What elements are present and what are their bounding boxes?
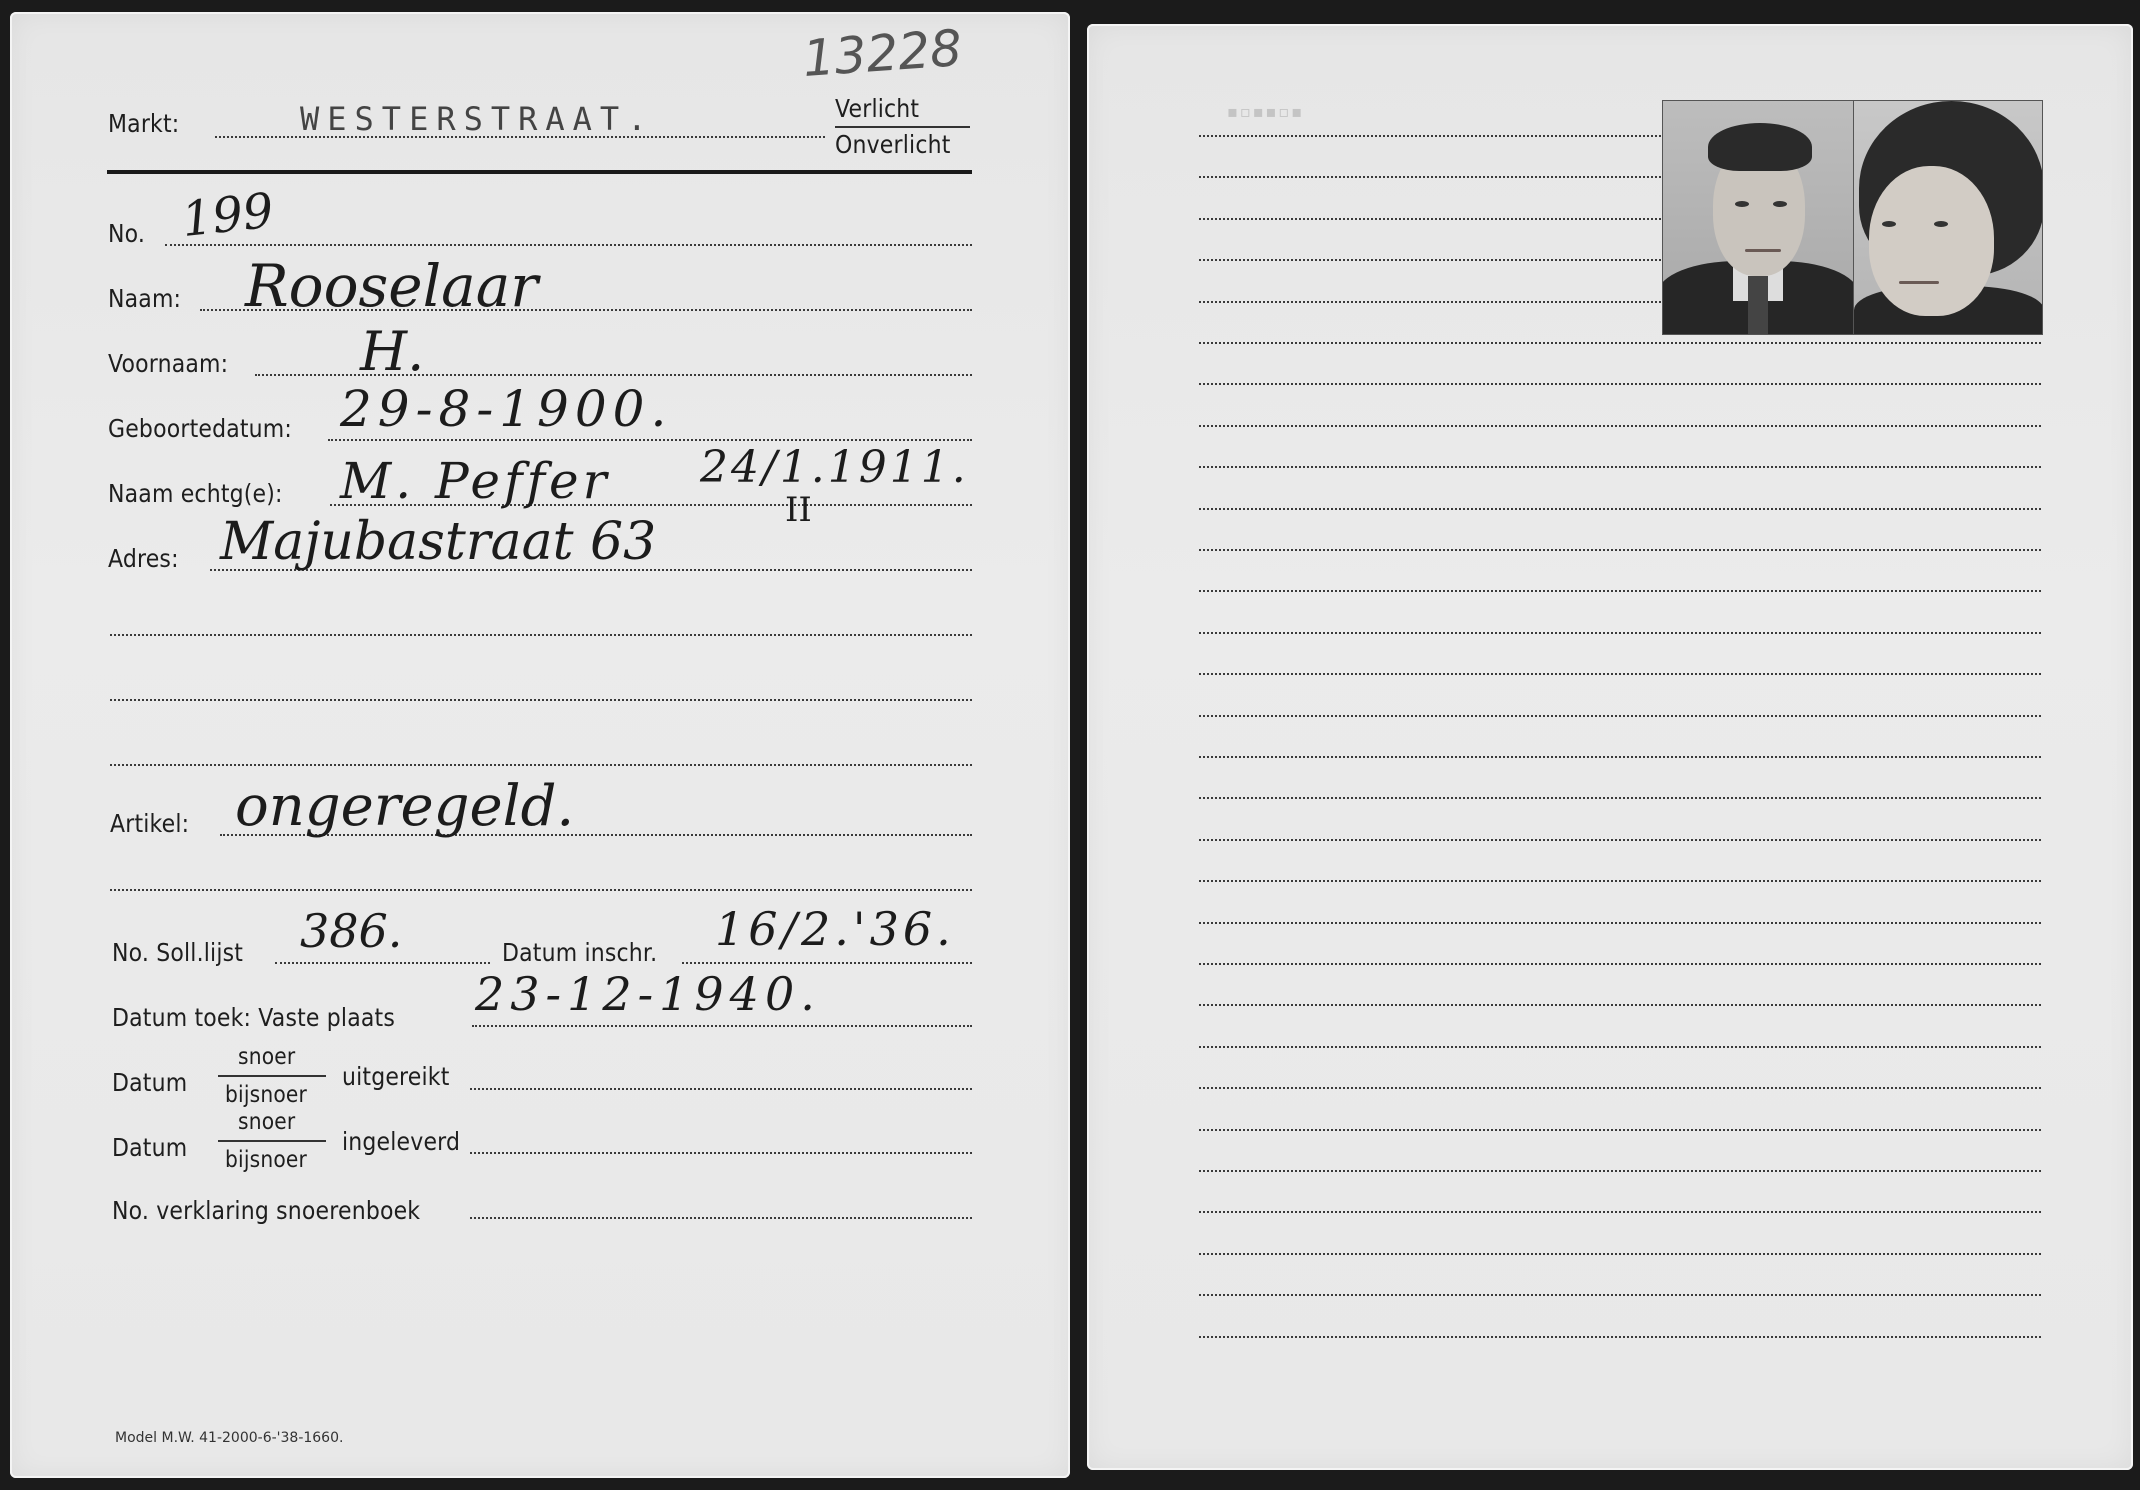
naam-echtg-date[interactable]: 24/1.1911. <box>700 442 969 493</box>
eye <box>1735 201 1749 207</box>
ruled-line[interactable] <box>1199 135 1661 137</box>
ruled-line[interactable] <box>1199 590 2041 592</box>
man-hair <box>1708 123 1812 171</box>
markt-label: Markt: <box>108 109 179 138</box>
ruled-line[interactable] <box>1199 632 2041 634</box>
artikel-value[interactable]: ongeregeld. <box>235 774 574 839</box>
ingeleverd-frac-top: snoer <box>238 1109 295 1135</box>
eye <box>1882 221 1896 227</box>
uitgereikt-label: uitgereikt <box>342 1062 450 1091</box>
geboortedatum-label: Geboortedatum: <box>108 414 292 443</box>
ruled-line[interactable] <box>1199 922 2041 924</box>
naam-value[interactable]: Rooselaar <box>245 252 538 320</box>
no-value[interactable]: 199 <box>179 183 276 248</box>
uitgereikt-datum-label: Datum <box>112 1068 187 1097</box>
ruled-line[interactable] <box>1199 176 1661 178</box>
lighting-divider <box>835 126 970 128</box>
ruled-line[interactable] <box>1199 1336 2041 1338</box>
ruled-line[interactable] <box>1199 673 2041 675</box>
tie <box>1748 276 1768 335</box>
uitgereikt-frac-line <box>218 1075 326 1077</box>
artikel-label: Artikel: <box>110 809 189 838</box>
header-rule <box>107 170 972 174</box>
datum-toek-line <box>472 1025 972 1027</box>
naam-echtg-label: Naam echtg(e): <box>108 479 283 508</box>
ruled-line[interactable] <box>1199 1004 2041 1006</box>
ruled-line[interactable] <box>1199 218 1661 220</box>
adres-line-2 <box>110 634 972 636</box>
file-number: 13228 <box>801 19 964 88</box>
uitgereikt-line[interactable] <box>470 1088 972 1090</box>
adres-line-4 <box>110 764 972 766</box>
ingeleverd-datum-label: Datum <box>112 1133 187 1162</box>
ruled-line[interactable] <box>1199 1294 2041 1296</box>
ruled-line[interactable] <box>1199 880 2041 882</box>
ruled-line[interactable] <box>1199 1170 2041 1172</box>
ingeleverd-frac-bottom: bijsnoer <box>225 1147 307 1173</box>
markt-value[interactable]: WESTERSTRAAT. <box>300 100 654 138</box>
left-card: 13228 Markt: WESTERSTRAAT. Verlicht Onve… <box>10 12 1070 1478</box>
voornaam-label: Voornaam: <box>108 349 228 378</box>
ruled-line[interactable] <box>1199 259 1661 261</box>
datum-inschr-line <box>682 962 972 964</box>
ruled-line[interactable] <box>1199 715 2041 717</box>
ingeleverd-label: ingeleverd <box>342 1127 460 1156</box>
mouth <box>1899 281 1939 284</box>
eye <box>1934 221 1948 227</box>
ruled-line[interactable] <box>1199 1046 2041 1048</box>
faint-stamp: ▪▫▪▪▫▪ <box>1227 102 1304 121</box>
adres-value[interactable]: Majubastraat 63 <box>220 512 656 572</box>
lighting-top: Verlicht <box>835 94 919 123</box>
uitgereikt-frac-bottom: bijsnoer <box>225 1082 307 1108</box>
ruled-line[interactable] <box>1199 1129 2041 1131</box>
ruled-line[interactable] <box>1199 797 2041 799</box>
eye <box>1773 201 1787 207</box>
geboortedatum-line <box>328 439 972 441</box>
ruled-line[interactable] <box>1199 756 2041 758</box>
adres-line-3 <box>110 699 972 701</box>
mouth <box>1745 249 1781 252</box>
datum-toek-value[interactable]: 23-12-1940. <box>475 967 821 1021</box>
ruled-line[interactable] <box>1199 508 2041 510</box>
ingeleverd-line[interactable] <box>470 1152 972 1154</box>
lighting-bottom: Onverlicht <box>835 130 951 159</box>
datum-toek-label: Datum toek: Vaste plaats <box>112 1003 395 1032</box>
photo-man <box>1662 100 1854 335</box>
soll-lijst-line <box>275 962 490 964</box>
ruled-line[interactable] <box>1199 1253 2041 1255</box>
uitgereikt-frac-top: snoer <box>238 1044 295 1070</box>
datum-inschr-label: Datum inschr. <box>502 938 657 967</box>
ruled-line[interactable] <box>1199 466 2041 468</box>
naam-label: Naam: <box>108 284 181 313</box>
ruled-line[interactable] <box>1199 301 1661 303</box>
ruled-line[interactable] <box>1199 342 2041 344</box>
adres-suffix[interactable]: II <box>785 490 812 530</box>
artikel-line-2 <box>110 889 972 891</box>
no-line <box>165 244 972 246</box>
datum-inschr-value[interactable]: 16/2.'36. <box>715 902 955 956</box>
soll-lijst-value[interactable]: 386. <box>300 904 402 958</box>
woman-face <box>1869 166 1994 316</box>
adres-label: Adres: <box>108 544 179 573</box>
ruled-line[interactable] <box>1199 839 2041 841</box>
geboortedatum-value[interactable]: 29-8-1900. <box>340 380 672 438</box>
right-card: ▪▫▪▪▫▪ <box>1087 24 2133 1470</box>
ruled-line[interactable] <box>1199 1211 2041 1213</box>
verklaring-label: No. verklaring snoerenboek <box>112 1196 420 1225</box>
voornaam-value[interactable]: H. <box>360 320 424 383</box>
ruled-line[interactable] <box>1199 1087 2041 1089</box>
verklaring-line[interactable] <box>470 1217 972 1219</box>
model-footer: Model M.W. 41-2000-6-'38-1660. <box>115 1430 343 1446</box>
ruled-line[interactable] <box>1199 963 2041 965</box>
photo-woman <box>1853 100 2043 335</box>
soll-lijst-label: No. Soll.lijst <box>112 938 243 967</box>
ruled-line[interactable] <box>1199 425 2041 427</box>
no-label: No. <box>108 219 145 248</box>
ruled-line[interactable] <box>1199 549 2041 551</box>
naam-echtg-value[interactable]: M. Peffer <box>340 452 610 510</box>
ingeleverd-frac-line <box>218 1140 326 1142</box>
ruled-line[interactable] <box>1199 383 2041 385</box>
